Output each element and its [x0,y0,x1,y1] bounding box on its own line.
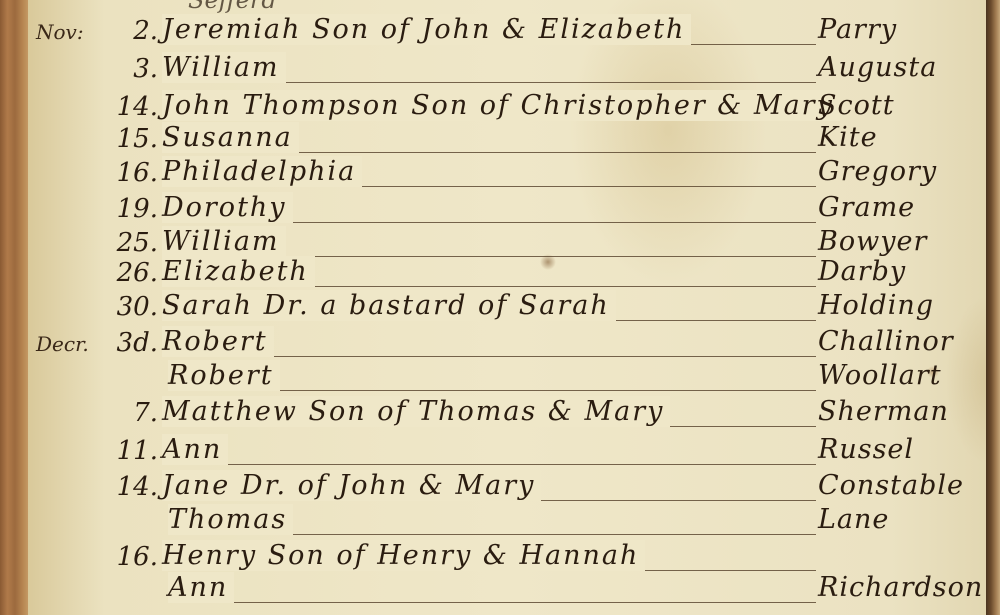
register-entry: 26. Elizabeth Darby [28,256,986,288]
ruled-line [178,602,816,603]
entry-surname: Sherman [818,396,949,427]
register-entry: 15. Susanna Kite [28,122,986,154]
register-entry: 30. Sarah Dr. a bastard of Sarah Holding [28,290,986,322]
entry-month: Decr. [36,332,89,356]
entry-name: Susanna [162,122,299,153]
register-entry: Thomas Lane [28,504,986,536]
entry-name: Ann [168,572,234,603]
register-entry: 25. William Bowyer [28,226,986,258]
entry-name: Robert [162,326,274,357]
entry-surname: Parry [818,14,897,45]
entry-surname: Gregory [818,156,937,187]
register-entry: Decr. 3d. Robert Challinor [28,326,986,358]
ruled-line [178,464,816,465]
entry-name: Matthew Son of Thomas & Mary [162,396,670,427]
book-binding-edge [0,0,30,615]
entry-surname: Woollart [818,360,942,391]
entry-day: 16. [110,542,158,572]
entry-day: 16. [110,158,158,188]
entry-name: Ann [162,434,228,465]
register-entry: Ann Richardson [28,572,986,604]
ruled-line [178,356,816,357]
entry-day: 15. [110,124,158,154]
entry-surname: Constable [818,470,964,501]
entry-name: John Thompson Son of Christopher & Mary [162,90,840,121]
register-entry: 14. Jane Dr. of John & Mary Constable [28,470,986,502]
entry-surname: Scott [818,90,895,121]
entry-day: 30. [110,292,158,322]
entry-name: Philadelphia [162,156,362,187]
entry-surname: Kite [818,122,878,153]
entry-name: Jeremiah Son of John & Elizabeth [162,14,691,45]
entry-surname: Richardson [818,572,983,603]
entry-surname: Holding [818,290,934,321]
partial-top-entry: Sefferd [188,0,277,14]
register-entry: 7. Matthew Son of Thomas & Mary Sherman [28,396,986,428]
entry-day: 3. [110,54,158,84]
entry-surname: Augusta [818,52,937,83]
entry-surname: Lane [818,504,889,535]
register-entry: 16. Philadelphia Gregory [28,156,986,188]
entry-surname: Darby [818,256,906,287]
entry-surname: Bowyer [818,226,927,257]
entry-surname: Russel [818,434,914,465]
entry-name: Dorothy [162,192,293,223]
register-entry: 19. Dorothy Grame [28,192,986,224]
entry-day: 19. [110,194,158,224]
entry-day: 14. [110,472,158,502]
page-frame-edge [986,0,1000,615]
entry-name: Thomas [168,504,293,535]
register-entry: Nov: 2. Jeremiah Son of John & Elizabeth… [28,14,986,46]
register-entry: 11. Ann Russel [28,434,986,466]
entry-name: William [162,52,286,83]
entry-surname: Grame [818,192,915,223]
entry-name: Jane Dr. of John & Mary [162,470,541,501]
entry-day: 7. [110,398,158,428]
entry-day: 2. [110,16,158,46]
entry-name: Elizabeth [162,256,315,287]
entry-day: 11. [110,436,158,466]
register-page: Sefferd Nov: 2. Jeremiah Son of John & E… [28,0,986,615]
register-entry: Robert Woollart [28,360,986,392]
register-entry: 14. John Thompson Son of Christopher & M… [28,90,986,122]
entry-day: 25. [110,228,158,258]
entry-day: 14. [110,92,158,122]
entry-day: 3d. [110,328,158,358]
entry-name: Henry Son of Henry & Hannah [162,540,645,571]
entry-name: Sarah Dr. a bastard of Sarah [162,290,616,321]
entry-surname: Challinor [818,326,954,357]
entry-month: Nov: [36,20,84,44]
register-entry: 16. Henry Son of Henry & Hannah [28,540,986,572]
entry-name: Robert [168,360,280,391]
entry-name: William [162,226,286,257]
register-entry: 3. William Augusta [28,52,986,84]
entry-day: 26. [110,258,158,288]
